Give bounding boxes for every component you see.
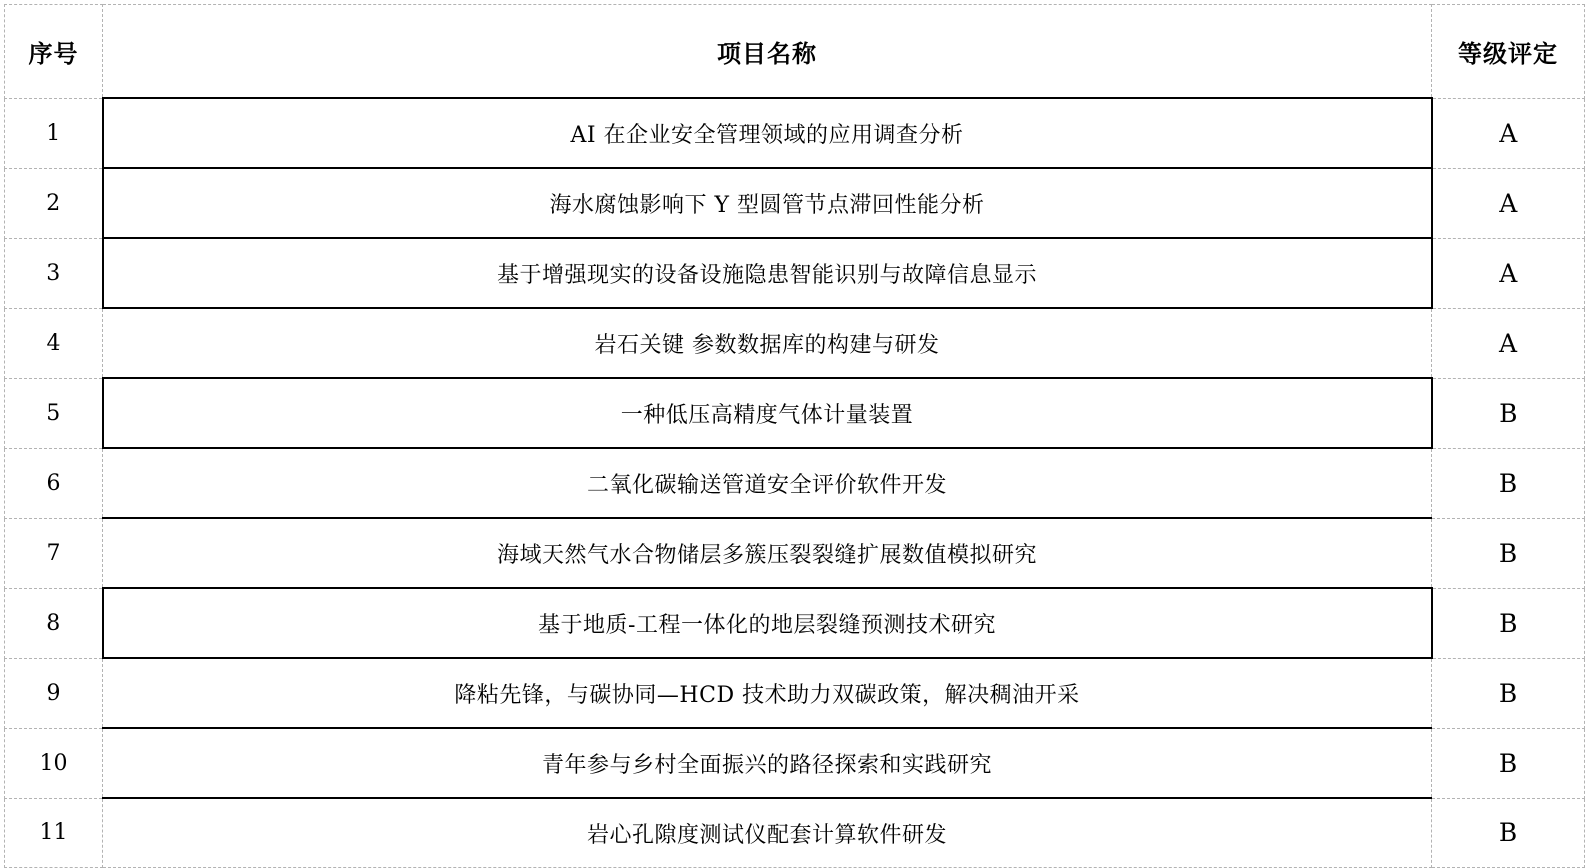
- serial-number-cell: 9: [5, 658, 103, 728]
- project-name-cell: 降粘先锋，与碳协同—HCD 技术助力双碳政策，解决稠油开采: [103, 658, 1432, 728]
- grade-cell: A: [1432, 238, 1585, 308]
- table-row: 10青年参与乡村全面振兴的路径探索和实践研究B: [5, 728, 1585, 798]
- serial-number-cell: 10: [5, 728, 103, 798]
- table-row: 7海域天然气水合物储层多簇压裂裂缝扩展数值模拟研究B: [5, 518, 1585, 588]
- project-name-cell: 海域天然气水合物储层多簇压裂裂缝扩展数值模拟研究: [103, 518, 1432, 588]
- grade-cell: B: [1432, 448, 1585, 518]
- document-page: 序号 项目名称 等级评定 1AI 在企业安全管理领域的应用调查分析A2海水腐蚀影…: [0, 0, 1588, 840]
- table-row: 11岩心孔隙度测试仪配套计算软件研发B: [5, 798, 1585, 868]
- serial-number-cell: 7: [5, 518, 103, 588]
- table-row: 2海水腐蚀影响下 Y 型圆管节点滞回性能分析A: [5, 168, 1585, 238]
- grade-cell: B: [1432, 378, 1585, 448]
- grade-cell: A: [1432, 98, 1585, 168]
- project-name-cell: 一种低压高精度气体计量装置: [103, 378, 1432, 448]
- table-row: 3基于增强现实的设备设施隐患智能识别与故障信息显示A: [5, 238, 1585, 308]
- table-body: 1AI 在企业安全管理领域的应用调查分析A2海水腐蚀影响下 Y 型圆管节点滞回性…: [5, 98, 1585, 868]
- project-rating-table: 序号 项目名称 等级评定 1AI 在企业安全管理领域的应用调查分析A2海水腐蚀影…: [4, 4, 1585, 868]
- grade-cell: B: [1432, 588, 1585, 658]
- table-row: 4岩石关键 参数数据库的构建与研发A: [5, 308, 1585, 378]
- header-serial-number: 序号: [5, 5, 103, 99]
- grade-cell: B: [1432, 728, 1585, 798]
- project-name-cell: 青年参与乡村全面振兴的路径探索和实践研究: [103, 728, 1432, 798]
- table-row: 6二氧化碳输送管道安全评价软件开发B: [5, 448, 1585, 518]
- serial-number-cell: 3: [5, 238, 103, 308]
- grade-cell: B: [1432, 658, 1585, 728]
- project-name-cell: 基于增强现实的设备设施隐患智能识别与故障信息显示: [103, 238, 1432, 308]
- project-name-cell: 基于地质-工程一体化的地层裂缝预测技术研究: [103, 588, 1432, 658]
- project-name-cell: 岩石关键 参数数据库的构建与研发: [103, 308, 1432, 378]
- serial-number-cell: 11: [5, 798, 103, 868]
- table-row: 1AI 在企业安全管理领域的应用调查分析A: [5, 98, 1585, 168]
- header-project-name: 项目名称: [103, 5, 1432, 99]
- serial-number-cell: 5: [5, 378, 103, 448]
- project-name-cell: 岩心孔隙度测试仪配套计算软件研发: [103, 798, 1432, 868]
- project-name-cell: 二氧化碳输送管道安全评价软件开发: [103, 448, 1432, 518]
- serial-number-cell: 8: [5, 588, 103, 658]
- table-row: 8基于地质-工程一体化的地层裂缝预测技术研究B: [5, 588, 1585, 658]
- grade-cell: A: [1432, 168, 1585, 238]
- grade-cell: A: [1432, 308, 1585, 378]
- serial-number-cell: 6: [5, 448, 103, 518]
- header-grade-rating: 等级评定: [1432, 5, 1585, 99]
- grade-cell: B: [1432, 518, 1585, 588]
- serial-number-cell: 4: [5, 308, 103, 378]
- serial-number-cell: 1: [5, 98, 103, 168]
- project-name-cell: AI 在企业安全管理领域的应用调查分析: [103, 98, 1432, 168]
- project-name-cell: 海水腐蚀影响下 Y 型圆管节点滞回性能分析: [103, 168, 1432, 238]
- table-row: 9降粘先锋，与碳协同—HCD 技术助力双碳政策，解决稠油开采B: [5, 658, 1585, 728]
- grade-cell: B: [1432, 798, 1585, 868]
- serial-number-cell: 2: [5, 168, 103, 238]
- table-row: 5一种低压高精度气体计量装置B: [5, 378, 1585, 448]
- header-row: 序号 项目名称 等级评定: [5, 5, 1585, 99]
